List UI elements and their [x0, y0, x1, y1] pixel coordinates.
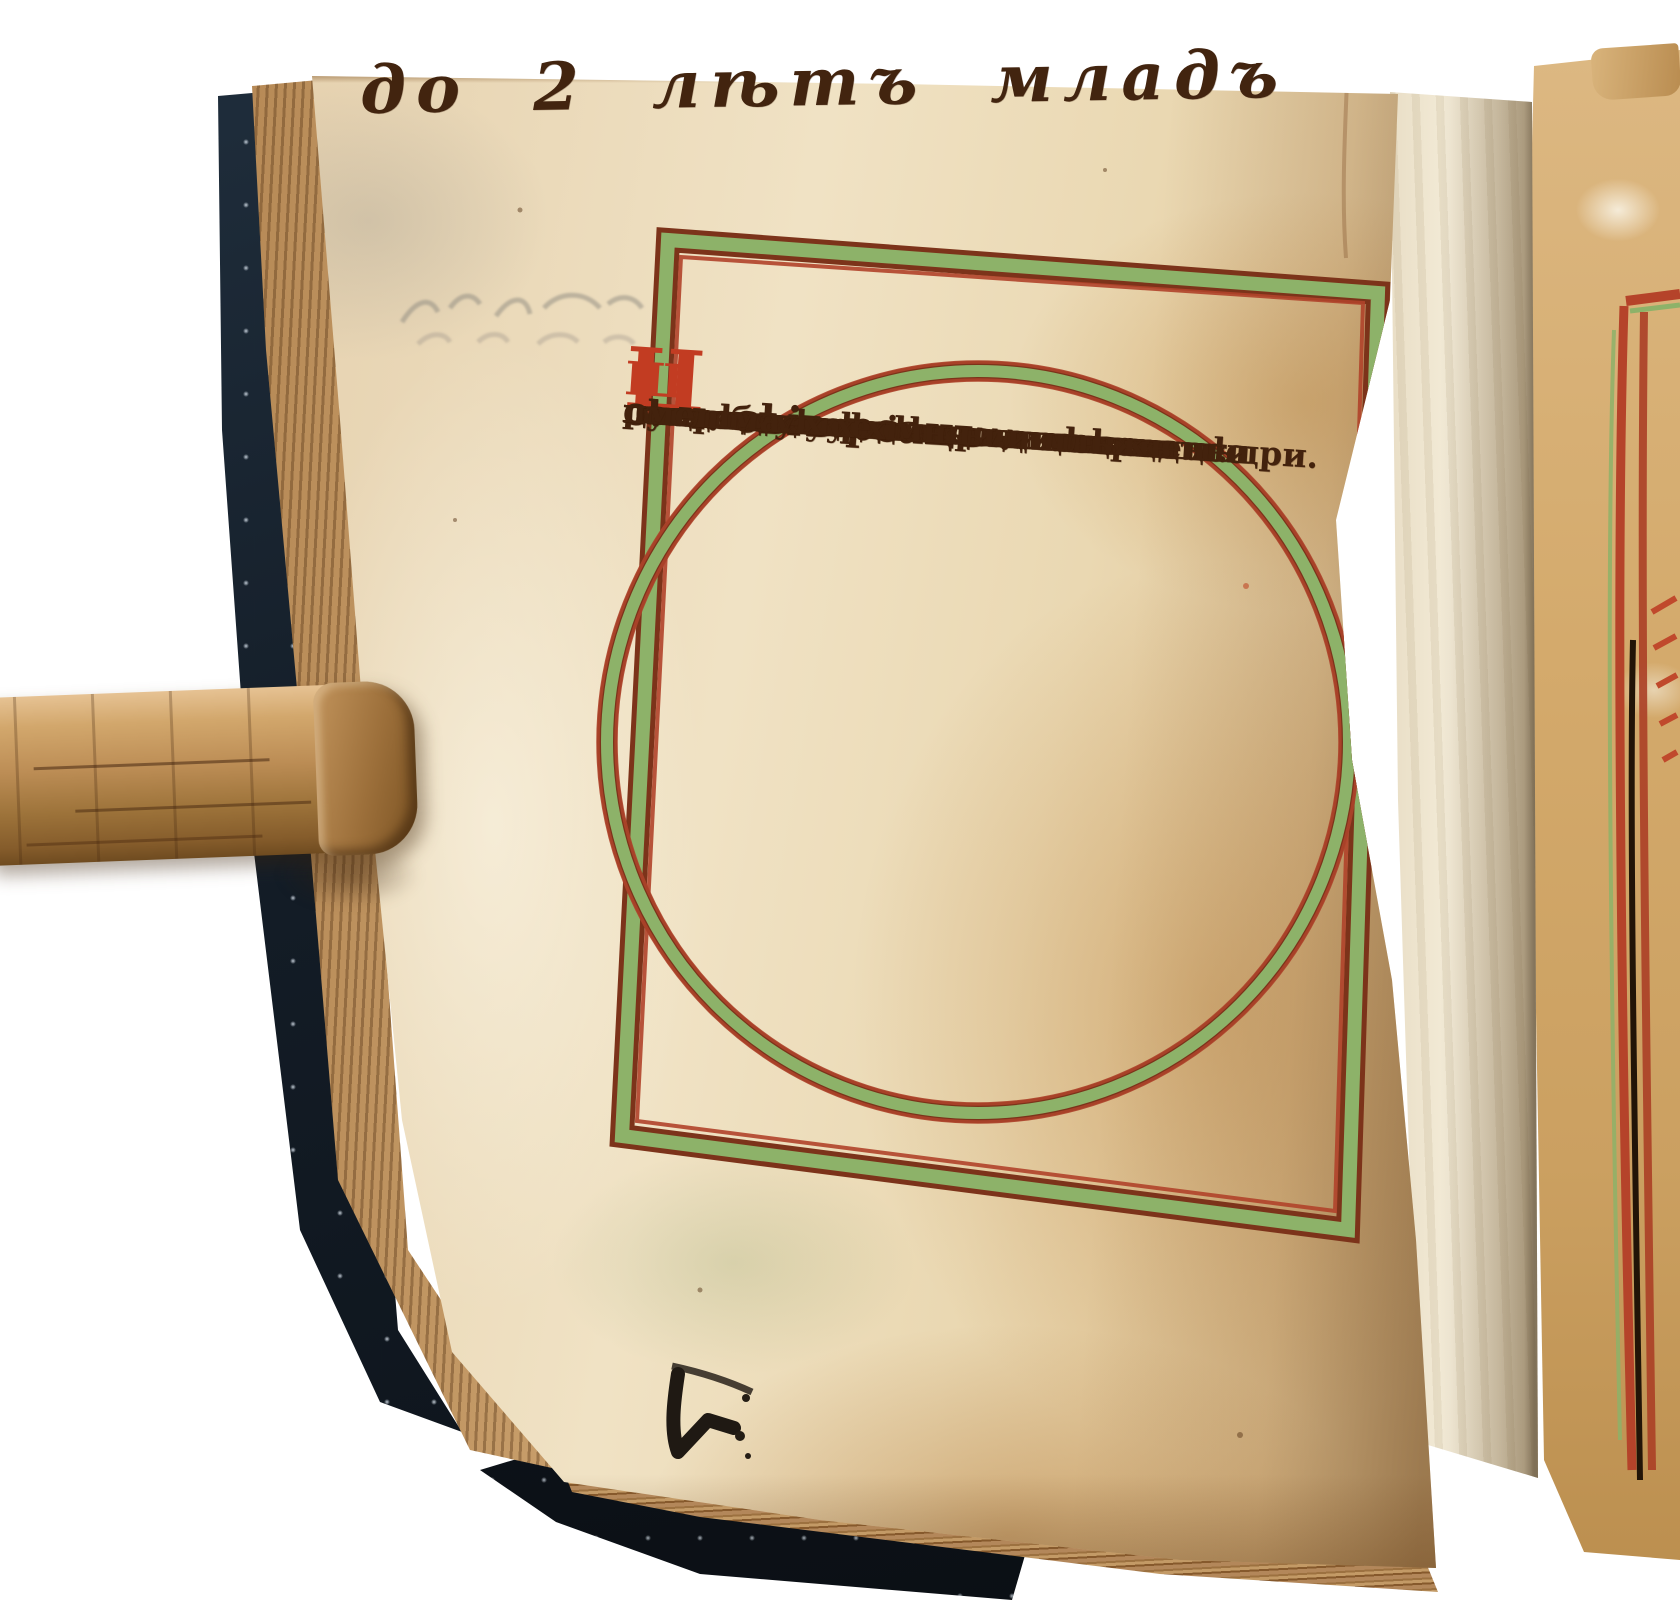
manuscript-photo: до 2 лѣтъ младъ Цо. ч. сѣіъ рсацъ . цѣкн…	[0, 0, 1680, 1619]
wooden-clasp-tip	[313, 680, 420, 857]
wooden-clasp	[0, 682, 415, 866]
manuscript-page	[300, 70, 1440, 1580]
top-margin-inscription: до 2 лѣтъ младъ	[359, 37, 1160, 129]
paper-curl-top-right	[1590, 43, 1680, 101]
